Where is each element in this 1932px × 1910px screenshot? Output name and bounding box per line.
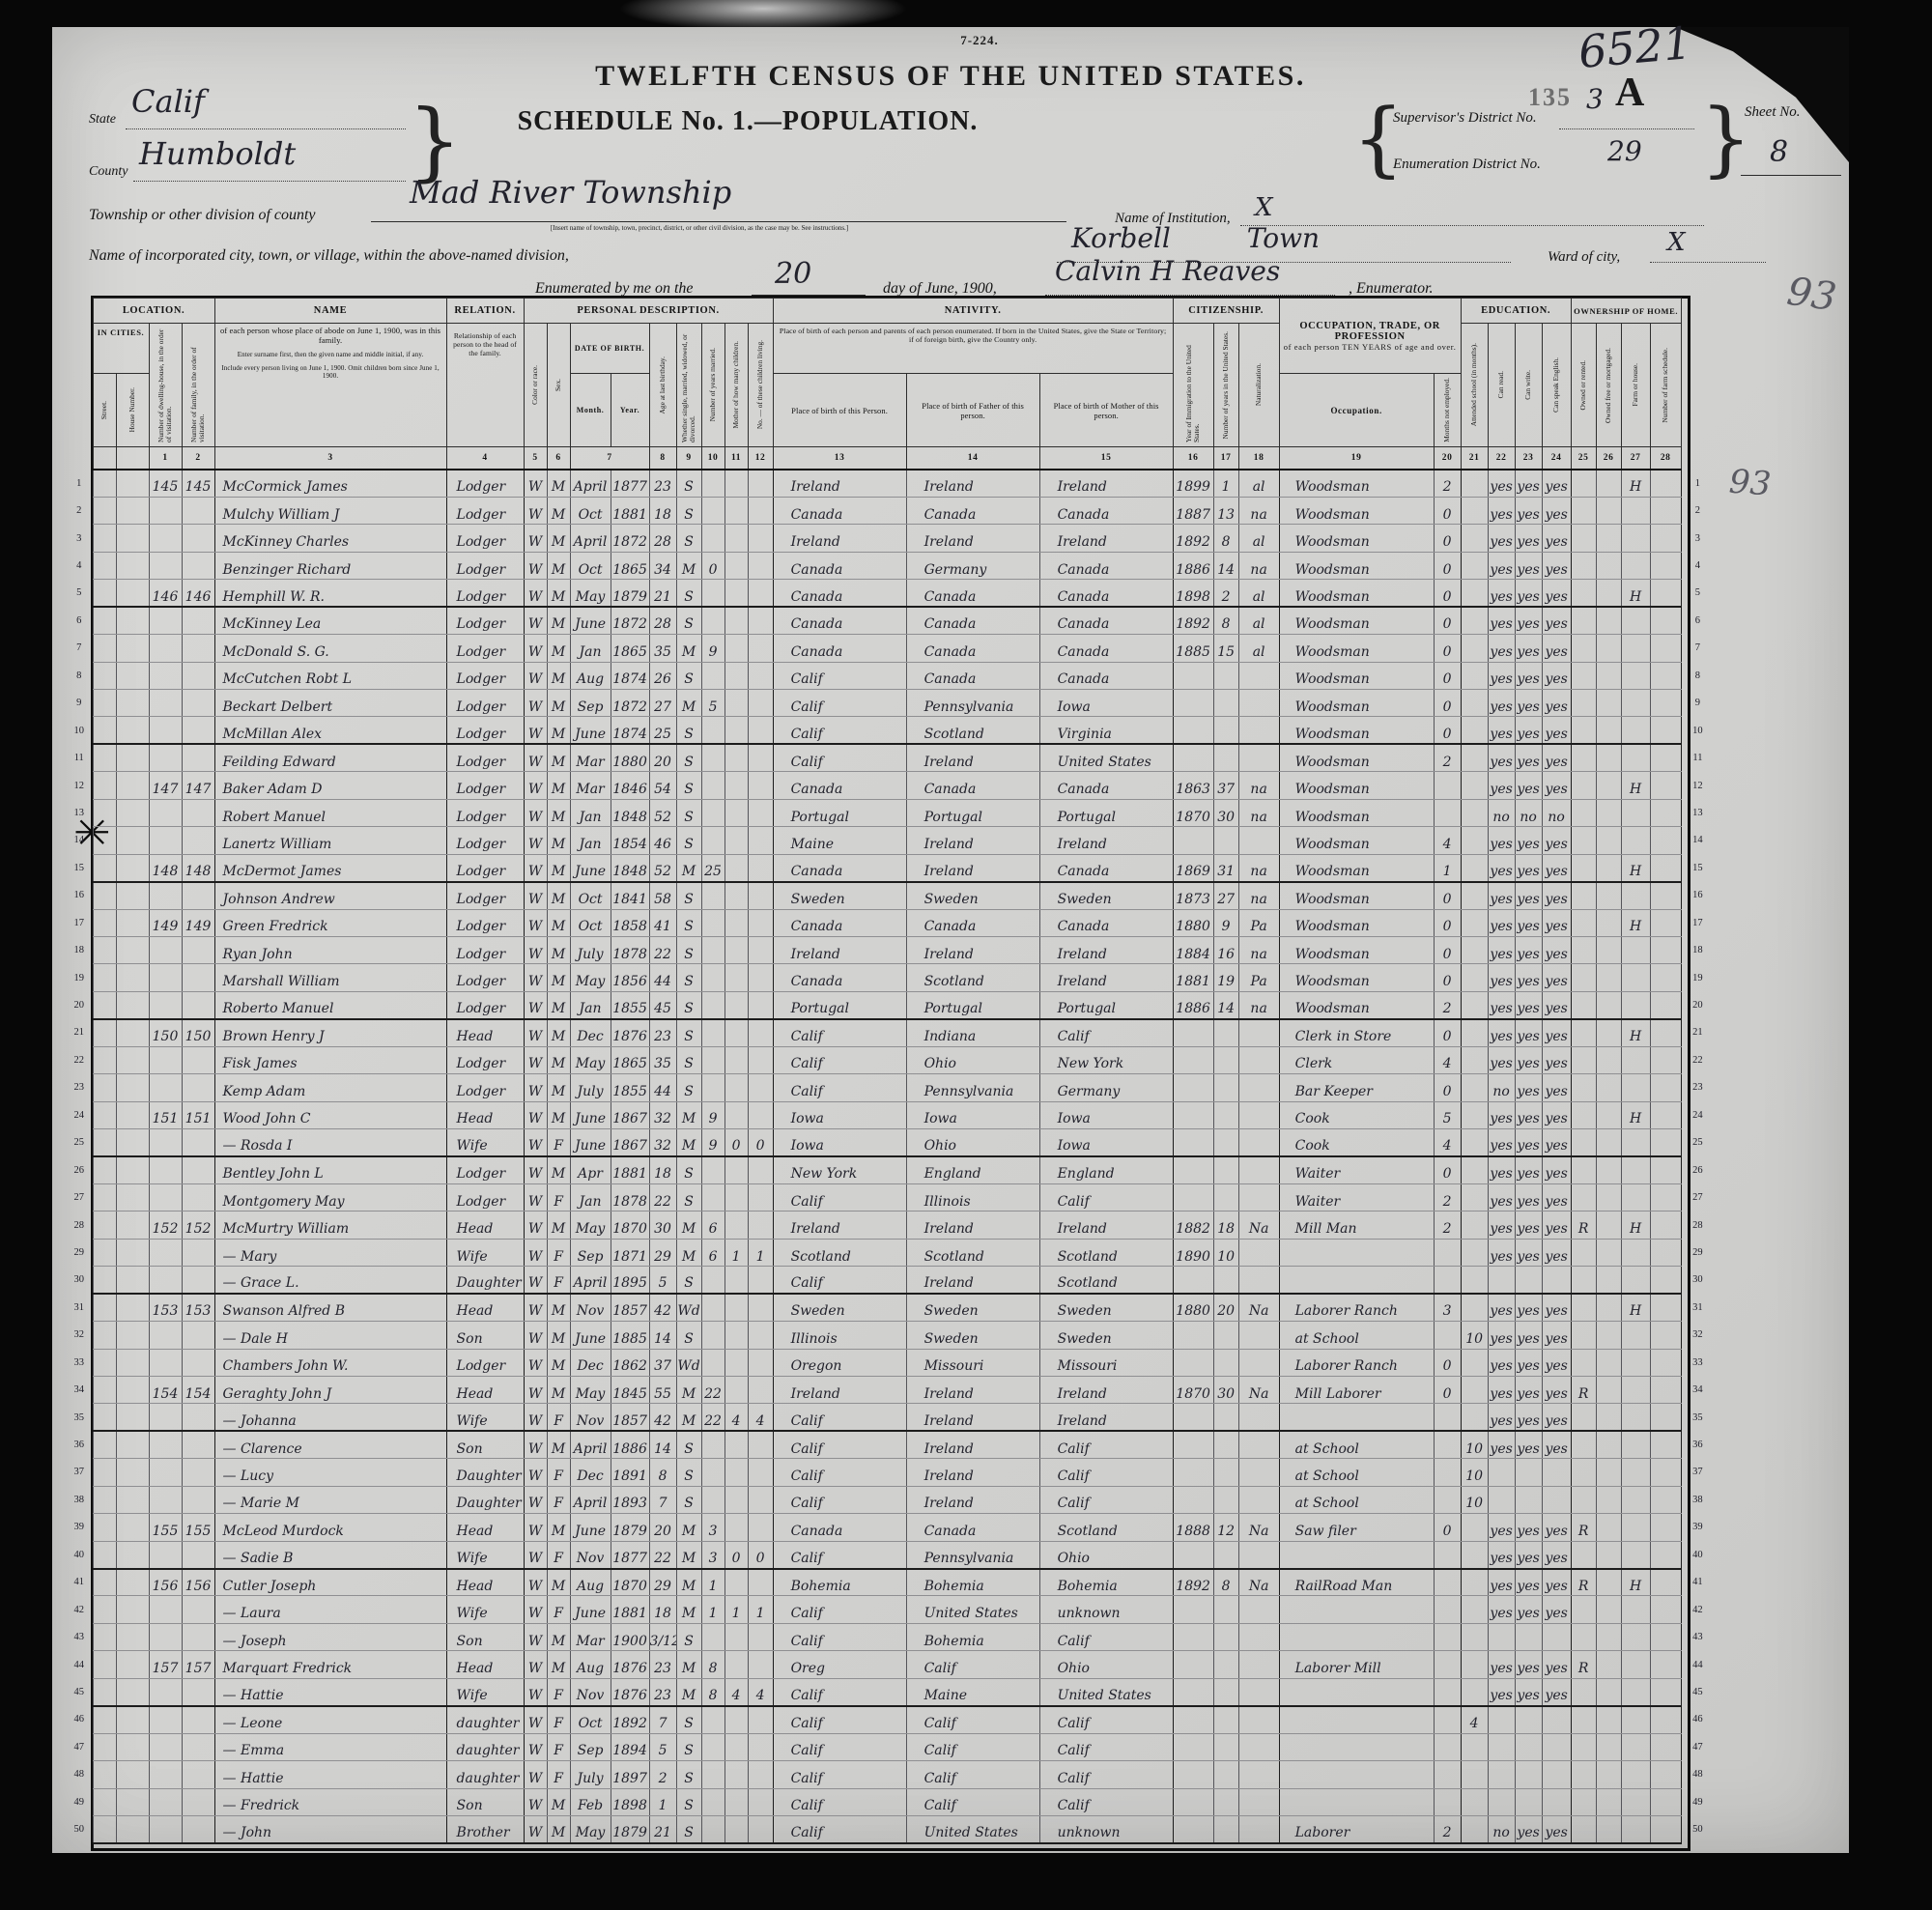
cell-write: yes (1515, 1101, 1542, 1128)
cell-ym (701, 1733, 724, 1760)
cell-rel: Wife (446, 1129, 524, 1156)
cell-fam (182, 1156, 214, 1183)
row-number-left: 47 (66, 1733, 93, 1760)
enumerator-suffix: , Enumerator. (1349, 280, 1434, 298)
cell-mort (1596, 1349, 1621, 1376)
cell-color: W (524, 1541, 547, 1568)
row-number-left: 16 (66, 882, 93, 909)
cell-yus: 1 (1213, 470, 1238, 497)
cell-color: W (524, 1074, 547, 1101)
cell-mar: Wd (676, 1349, 701, 1376)
cell-read (1488, 1733, 1515, 1760)
cell-fs (1650, 909, 1681, 936)
cell-street (93, 1431, 116, 1458)
cell-fs (1650, 1486, 1681, 1513)
row-number-right: 21 (1681, 1019, 1714, 1046)
cell-sex: M (547, 1431, 570, 1458)
cell-year: 1862 (611, 1349, 649, 1376)
row-number-left: 20 (66, 991, 93, 1018)
table-row: 6McKinney LeaLodgerWMJune187228SCanadaCa… (66, 607, 1714, 634)
marital-label: Whether single, married, widowed, or div… (681, 328, 696, 442)
cell-read: yes (1488, 909, 1515, 936)
cell-cl (748, 552, 773, 579)
cell-mort (1596, 1294, 1621, 1321)
cell-year: 1845 (611, 1376, 649, 1403)
cell-ym (701, 1623, 724, 1650)
cell-pob: Canada (1039, 635, 1173, 662)
cell-fam (182, 1788, 214, 1815)
cell-eng: yes (1542, 827, 1571, 854)
cell-cl (748, 964, 773, 991)
col-months-unemployed-head: Months not employed. (1434, 374, 1461, 447)
census-sheet: 7-224. 6521 TWELFTH CENSUS OF THE UNITED… (52, 27, 1849, 1853)
cell-pob: Ireland (1039, 1376, 1173, 1403)
cell-sex: M (547, 854, 570, 881)
cell-age: 58 (649, 882, 676, 909)
dob-head: DATE OF BIRTH. (570, 324, 649, 374)
cell-nat: Pa (1238, 964, 1279, 991)
row-number-right: 5 (1681, 580, 1714, 607)
cell-sex: M (547, 772, 570, 799)
cell-write: yes (1515, 1129, 1542, 1156)
cell-rel: Lodger (446, 1349, 524, 1376)
cell-read: yes (1488, 882, 1515, 909)
cell-ym (701, 991, 724, 1018)
cell-sex: M (547, 1156, 570, 1183)
cell-yus (1213, 1322, 1238, 1349)
cell-yus (1213, 1074, 1238, 1101)
row-number-right: 19 (1681, 964, 1714, 991)
cell-pob: Ireland (906, 1486, 1039, 1513)
cell-age: 42 (649, 1294, 676, 1321)
cell-sex: M (547, 1651, 570, 1678)
cell-read: yes (1488, 1046, 1515, 1073)
cell-year: 1858 (611, 909, 649, 936)
cell-imm (1173, 662, 1213, 689)
cell-sex: M (547, 799, 570, 826)
cell-pob: Calif (1039, 1623, 1173, 1650)
colnum: 15 (1039, 447, 1173, 470)
cell-mo (724, 580, 748, 607)
farm-house-label: Farm or house. (1632, 363, 1639, 407)
cell-sch (1461, 580, 1488, 607)
cell-occ: Woodsman (1279, 854, 1434, 881)
cell-fh (1621, 1815, 1650, 1842)
cell-dwell (149, 1596, 182, 1623)
cell-eng: yes (1542, 909, 1571, 936)
cell-house (116, 854, 149, 881)
row-number-right: 7 (1681, 635, 1714, 662)
cell-pob: Ireland (773, 1212, 906, 1239)
cell-nat: na (1238, 936, 1279, 963)
row-number-left: 5 (66, 580, 93, 607)
cell-pob: Iowa (1039, 1101, 1173, 1128)
cell-fh (1621, 1596, 1650, 1623)
cell-fs (1650, 690, 1681, 717)
cell-color: W (524, 1486, 547, 1513)
row-number-left: 26 (66, 1156, 93, 1183)
cell-cl (748, 717, 773, 744)
colnum: 1 (149, 447, 182, 470)
cell-year: 1878 (611, 1183, 649, 1211)
ward-label: Ward of city, (1548, 249, 1620, 266)
house-label: House Number. (128, 387, 136, 432)
cell-month: June (570, 1514, 611, 1541)
cell-month: Aug (570, 662, 611, 689)
cell-mort (1596, 1569, 1621, 1596)
cell-street (93, 1349, 116, 1376)
table-row: 37— LucyDaughterWFDec18918SCalifIrelandC… (66, 1459, 1714, 1486)
colnum: 12 (748, 447, 773, 470)
cell-mar: S (676, 580, 701, 607)
cell-pob: Calif (906, 1733, 1039, 1760)
cell-dwell (149, 1678, 182, 1705)
cell-month: April (570, 470, 611, 497)
cell-fs (1650, 1706, 1681, 1733)
cell-write: yes (1515, 1019, 1542, 1046)
cell-mort (1596, 580, 1621, 607)
cell-own (1571, 1459, 1596, 1486)
cell-color: W (524, 1733, 547, 1760)
cell-fam (182, 882, 214, 909)
cell-dwell (149, 552, 182, 579)
cell-pob: Portugal (1039, 991, 1173, 1018)
cell-mne: 3 (1434, 1294, 1461, 1321)
cell-name: McLeod Murdock (214, 1514, 446, 1541)
cell-pob: Calif (773, 1678, 906, 1705)
cell-imm (1173, 1074, 1213, 1101)
cell-mort (1596, 1322, 1621, 1349)
cell-yus (1213, 1431, 1238, 1458)
row-number-left: 8 (66, 662, 93, 689)
cell-ym (701, 497, 724, 524)
cell-month: Oct (570, 497, 611, 524)
cell-mo (724, 1431, 748, 1458)
cell-color: W (524, 580, 547, 607)
cell-fs (1650, 1815, 1681, 1842)
cell-color: W (524, 882, 547, 909)
cell-cl (748, 1486, 773, 1513)
cell-eng: yes (1542, 1596, 1571, 1623)
cell-nat (1238, 1183, 1279, 1211)
cell-read: yes (1488, 1349, 1515, 1376)
table-row: 48— HattiedaughterWFJuly18972SCalifCalif… (66, 1761, 1714, 1788)
cell-ym (701, 1019, 724, 1046)
cell-sex: M (547, 1294, 570, 1321)
cell-mo (724, 607, 748, 634)
cell-rel: Lodger (446, 607, 524, 634)
cell-own: R (1571, 1651, 1596, 1678)
cell-occ: Laborer Ranch (1279, 1294, 1434, 1321)
mortgage-label: Owned free or mortgaged. (1605, 348, 1612, 423)
cell-imm (1173, 1019, 1213, 1046)
cell-own (1571, 470, 1596, 497)
cell-year: 1854 (611, 827, 649, 854)
col-naturalization-head: Naturalization. (1238, 324, 1279, 447)
cell-sch (1461, 1294, 1488, 1321)
cell-year: 1867 (611, 1129, 649, 1156)
cell-ym (701, 1761, 724, 1788)
cell-street (93, 580, 116, 607)
cell-mort (1596, 662, 1621, 689)
cell-mort (1596, 1596, 1621, 1623)
cell-age: 32 (649, 1101, 676, 1128)
cell-fam (182, 991, 214, 1018)
cell-sex: M (547, 525, 570, 552)
cell-rel: Head (446, 1569, 524, 1596)
cell-imm (1173, 1431, 1213, 1458)
cell-month: Aug (570, 1569, 611, 1596)
row-number-right: 26 (1681, 1156, 1714, 1183)
cell-name: — Laura (214, 1596, 446, 1623)
cell-occ: Woodsman (1279, 772, 1434, 799)
cell-mo (724, 1046, 748, 1073)
cell-pob: Sweden (906, 1294, 1039, 1321)
colnum: 13 (773, 447, 906, 470)
cell-color: W (524, 1019, 547, 1046)
cell-age: 18 (649, 1156, 676, 1183)
cell-imm (1173, 1267, 1213, 1294)
cell-street (93, 1101, 116, 1128)
cell-eng: yes (1542, 1651, 1571, 1678)
cell-mar: S (676, 1019, 701, 1046)
row-number-right: 30 (1681, 1267, 1714, 1294)
cell-nat (1238, 1239, 1279, 1266)
cell-yus: 14 (1213, 552, 1238, 579)
cell-color: W (524, 1267, 547, 1294)
cell-month: Oct (570, 552, 611, 579)
cell-pob: Calif (773, 662, 906, 689)
cell-own (1571, 1019, 1596, 1046)
cell-rel: Brother (446, 1815, 524, 1842)
cell-color: W (524, 909, 547, 936)
cell-age: 18 (649, 497, 676, 524)
cell-pob: Canada (906, 580, 1039, 607)
cell-mo (724, 744, 748, 771)
cell-mort (1596, 936, 1621, 963)
cell-street (93, 1046, 116, 1073)
table-row: 28152152McMurtry WilliamHeadWMMay187030M… (66, 1212, 1714, 1239)
cell-mo (724, 1074, 748, 1101)
cell-month: May (570, 964, 611, 991)
cell-ym (701, 1788, 724, 1815)
cell-age: 44 (649, 1074, 676, 1101)
cell-mort (1596, 1815, 1621, 1842)
cell-mo (724, 1459, 748, 1486)
cell-yus (1213, 717, 1238, 744)
cell-name: Wood John C (214, 1101, 446, 1128)
cell-sch (1461, 1212, 1488, 1239)
cell-eng: yes (1542, 635, 1571, 662)
table-row: 49— FredrickSonWMFeb18981SCalifCalifCali… (66, 1788, 1714, 1815)
row-number-right: 6 (1681, 607, 1714, 634)
cell-street (93, 1183, 116, 1211)
cell-mo (724, 525, 748, 552)
cell-write: yes (1515, 717, 1542, 744)
row-number-left: 35 (66, 1404, 93, 1431)
cell-yus (1213, 1651, 1238, 1678)
row-number-right: 31 (1681, 1294, 1714, 1321)
cell-mne: 0 (1434, 717, 1461, 744)
cell-mo (724, 662, 748, 689)
cell-fh (1621, 1788, 1650, 1815)
cell-nat: Na (1238, 1514, 1279, 1541)
cell-mne (1434, 1459, 1461, 1486)
cell-year: 1876 (611, 1651, 649, 1678)
row-number-right: 50 (1681, 1815, 1714, 1842)
cell-mar: S (676, 1322, 701, 1349)
cell-mne: 0 (1434, 882, 1461, 909)
row-number-right: 10 (1681, 717, 1714, 744)
cell-yus: 19 (1213, 964, 1238, 991)
cell-eng: yes (1542, 1678, 1571, 1705)
city-label: Name of incorporated city, town, or vill… (89, 247, 569, 265)
cell-age: 27 (649, 690, 676, 717)
row-number-left: 30 (66, 1267, 93, 1294)
cell-mar: M (676, 1514, 701, 1541)
cell-nat (1238, 1486, 1279, 1513)
cell-fs (1650, 497, 1681, 524)
cell-read: yes (1488, 1541, 1515, 1568)
cell-write: yes (1515, 580, 1542, 607)
cell-mar: M (676, 854, 701, 881)
cell-pob: Ohio (906, 1129, 1039, 1156)
colnum: 23 (1515, 447, 1542, 470)
cell-occ: Woodsman (1279, 470, 1434, 497)
cell-mar: S (676, 1183, 701, 1211)
cell-house (116, 1156, 149, 1183)
cell-mar: S (676, 607, 701, 634)
cell-cl (748, 991, 773, 1018)
cell-write: yes (1515, 635, 1542, 662)
cell-imm: 1892 (1173, 607, 1213, 634)
cell-sex: M (547, 497, 570, 524)
cell-own (1571, 1101, 1596, 1128)
cell-write: yes (1515, 1322, 1542, 1349)
cell-mar: M (676, 1541, 701, 1568)
col-children-living-head: No. — of these children living. (748, 324, 773, 447)
cell-nat (1238, 1706, 1279, 1733)
row-number-right: 16 (1681, 882, 1714, 909)
cell-own (1571, 1183, 1596, 1211)
cell-name: Bentley John L (214, 1156, 446, 1183)
cell-sex: M (547, 470, 570, 497)
cell-fam (182, 1678, 214, 1705)
mother-of-label: Mother of how many children. (732, 341, 740, 429)
cell-sch (1461, 964, 1488, 991)
cell-street (93, 1322, 116, 1349)
cell-mo (724, 1569, 748, 1596)
row-number-right: 41 (1681, 1569, 1714, 1596)
cell-eng: yes (1542, 1431, 1571, 1458)
col-years-married-head: Number of years married. (701, 324, 724, 447)
cell-name: Swanson Alfred B (214, 1294, 446, 1321)
cell-ym (701, 799, 724, 826)
cell-fam (182, 525, 214, 552)
cell-pob: Oregon (773, 1349, 906, 1376)
cell-pob: Sweden (906, 1322, 1039, 1349)
cell-yus: 37 (1213, 772, 1238, 799)
cell-occ: Bar Keeper (1279, 1074, 1434, 1101)
cell-write: yes (1515, 1349, 1542, 1376)
cell-street (93, 1459, 116, 1486)
row-number-right: 29 (1681, 1239, 1714, 1266)
cell-mo (724, 552, 748, 579)
cell-imm: 1880 (1173, 1294, 1213, 1321)
cell-imm (1173, 1046, 1213, 1073)
cell-color: W (524, 991, 547, 1018)
cell-ym (701, 470, 724, 497)
table-row: 9Beckart DelbertLodgerWMSep187227M5Calif… (66, 690, 1714, 717)
cell-fh (1621, 1046, 1650, 1073)
cell-pob: Portugal (773, 991, 906, 1018)
cell-read: yes (1488, 1431, 1515, 1458)
cell-read: yes (1488, 607, 1515, 634)
cell-fh: H (1621, 1101, 1650, 1128)
cell-age: 7 (649, 1706, 676, 1733)
cell-mo (724, 1514, 748, 1541)
cell-dwell (149, 936, 182, 963)
cell-ym: 6 (701, 1212, 724, 1239)
cell-color: W (524, 1514, 547, 1541)
cell-fam (182, 1706, 214, 1733)
table-row: 31153153Swanson Alfred BHeadWMNov185742W… (66, 1294, 1714, 1321)
cell-fs (1650, 1678, 1681, 1705)
cell-own (1571, 717, 1596, 744)
cell-fam (182, 936, 214, 963)
cell-fam (182, 1623, 214, 1650)
cell-year: 1891 (611, 1459, 649, 1486)
owned-label: Owned or rented. (1579, 360, 1587, 411)
cell-eng: yes (1542, 1569, 1571, 1596)
cell-pob: Calif (906, 1788, 1039, 1815)
cell-name: Mulchy William J (214, 497, 446, 524)
cell-pob: Calif (773, 1019, 906, 1046)
cell-house (116, 525, 149, 552)
cell-street (93, 552, 116, 579)
cell-mar: S (676, 1815, 701, 1842)
cell-pob: Ireland (906, 936, 1039, 963)
cell-nat: al (1238, 580, 1279, 607)
cell-read: yes (1488, 827, 1515, 854)
cell-house (116, 882, 149, 909)
cell-write: yes (1515, 909, 1542, 936)
cell-imm (1173, 1651, 1213, 1678)
cell-fs (1650, 1404, 1681, 1431)
cell-mo (724, 1349, 748, 1376)
cell-pob: Calif (773, 1404, 906, 1431)
cell-fam (182, 552, 214, 579)
cell-own (1571, 1046, 1596, 1073)
cell-rel: Lodger (446, 964, 524, 991)
table-row: 27Montgomery MayLodgerWFJan187822SCalifI… (66, 1183, 1714, 1211)
cell-pob: Calif (773, 1761, 906, 1788)
cell-eng (1542, 1733, 1571, 1760)
cell-mne (1434, 1404, 1461, 1431)
cell-fam: 153 (182, 1294, 214, 1321)
cell-cl (748, 1733, 773, 1760)
cell-fam (182, 964, 214, 991)
cell-sex: F (547, 1706, 570, 1733)
row-number-right: 39 (1681, 1514, 1714, 1541)
cell-mort (1596, 1541, 1621, 1568)
cell-dwell (149, 1486, 182, 1513)
cell-mne: 0 (1434, 525, 1461, 552)
cell-dwell: 152 (149, 1212, 182, 1239)
cell-mo (724, 799, 748, 826)
cell-fam (182, 1541, 214, 1568)
cell-nat (1238, 744, 1279, 771)
